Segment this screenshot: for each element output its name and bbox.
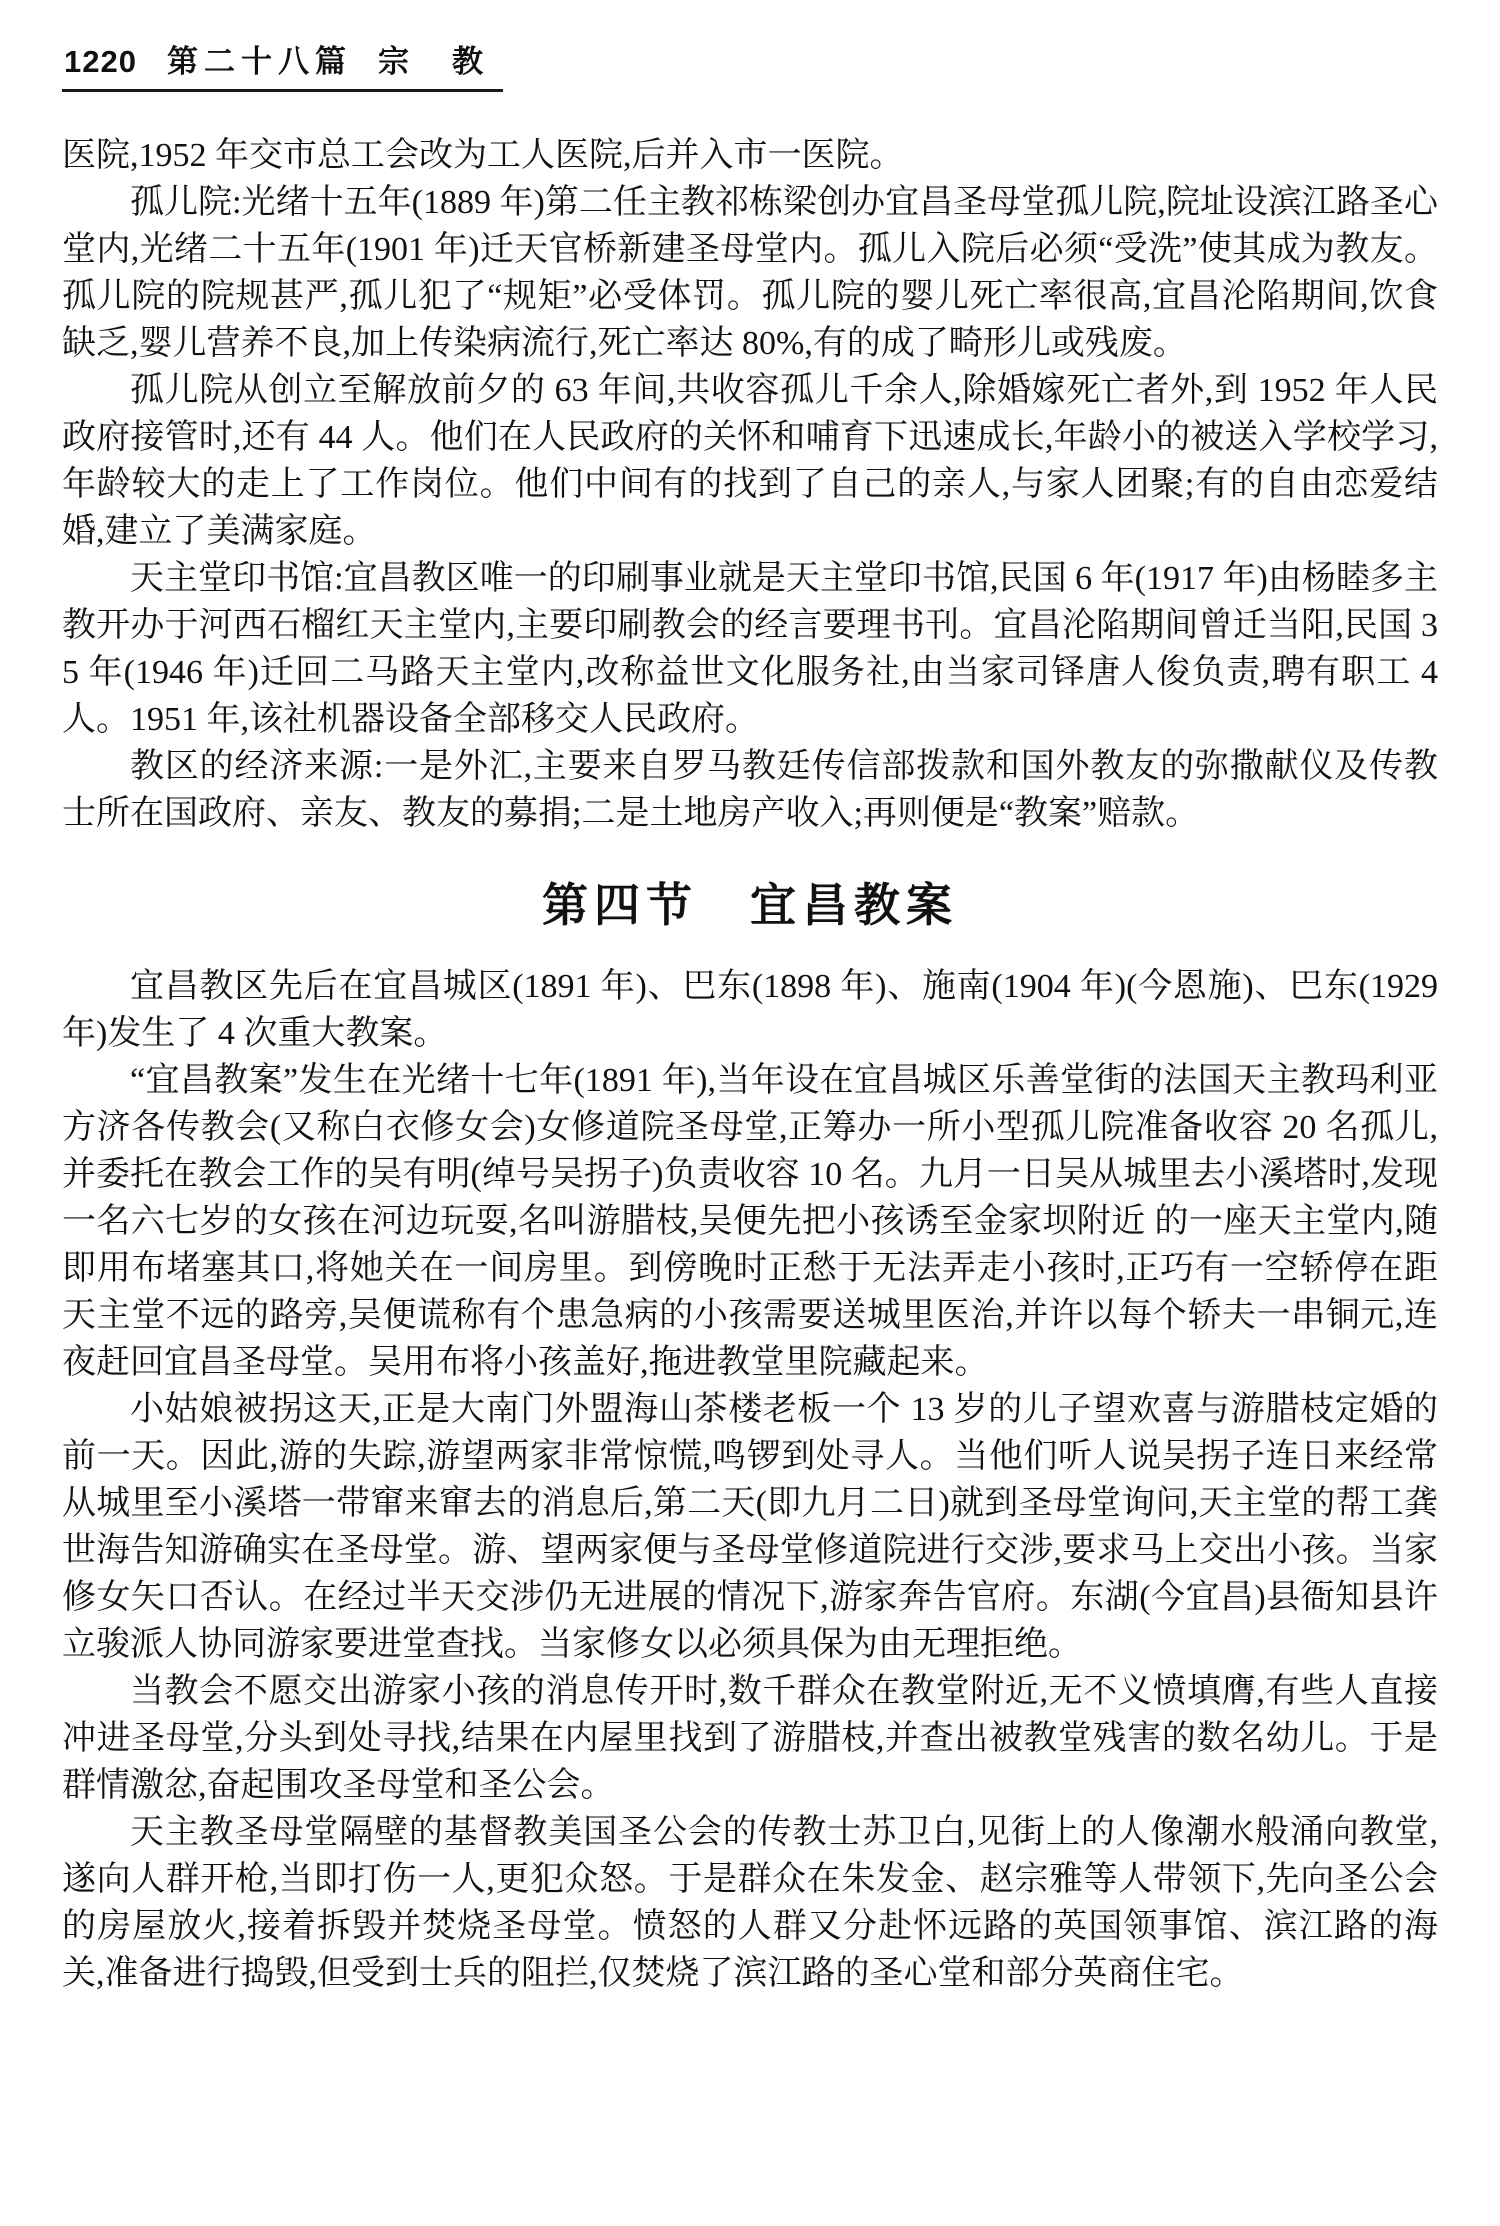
paragraph: 孤儿院从创立至解放前夕的 63 年间,共收容孤儿千余人,除婚嫁死亡者外,到 19… [62, 367, 1438, 555]
page-body: 医院,1952 年交市总工会改为工人医院,后并入市一医院。孤儿院:光绪十五年(1… [62, 132, 1438, 1997]
book-page: 1220第二十八篇宗 教 医院,1952 年交市总工会改为工人医院,后并入市一医… [0, 0, 1500, 2226]
chapter-title: 宗 教 [378, 44, 489, 79]
page-header: 1220第二十八篇宗 教 [62, 42, 503, 92]
paragraph: 教区的经济来源:一是外汇,主要来自罗马教廷传信部拨款和国外教友的弥撒献仪及传教士… [62, 743, 1438, 837]
chapter-label: 第二十八篇 [167, 44, 352, 79]
paragraph: “宜昌教案”发生在光绪十七年(1891 年),当年设在宜昌城区乐善堂街的法国天主… [62, 1057, 1438, 1386]
paragraph: 天主教圣母堂隔壁的基督教美国圣公会的传教士苏卫白,见街上的人像潮水般涌向教堂,遂… [62, 1809, 1438, 1997]
section-heading: 第四节 宜昌教案 [62, 875, 1438, 935]
paragraph: 宜昌教区先后在宜昌城区(1891 年)、巴东(1898 年)、施南(1904 年… [62, 963, 1438, 1057]
paragraph: 孤儿院:光绪十五年(1889 年)第二任主教祁栋梁创办宜昌圣母堂孤儿院,院址设滨… [62, 179, 1438, 367]
paragraph: 当教会不愿交出游家小孩的消息传开时,数千群众在教堂附近,无不义愤填膺,有些人直接… [62, 1668, 1438, 1809]
page-number: 1220 [64, 44, 137, 79]
paragraph: 天主堂印书馆:宜昌教区唯一的印刷事业就是天主堂印书馆,民国 6 年(1917 年… [62, 555, 1438, 743]
paragraph: 医院,1952 年交市总工会改为工人医院,后并入市一医院。 [62, 132, 1438, 179]
paragraph: 小姑娘被拐这天,正是大南门外盟海山茶楼老板一个 13 岁的儿子望欢喜与游腊枝定婚… [62, 1386, 1438, 1668]
